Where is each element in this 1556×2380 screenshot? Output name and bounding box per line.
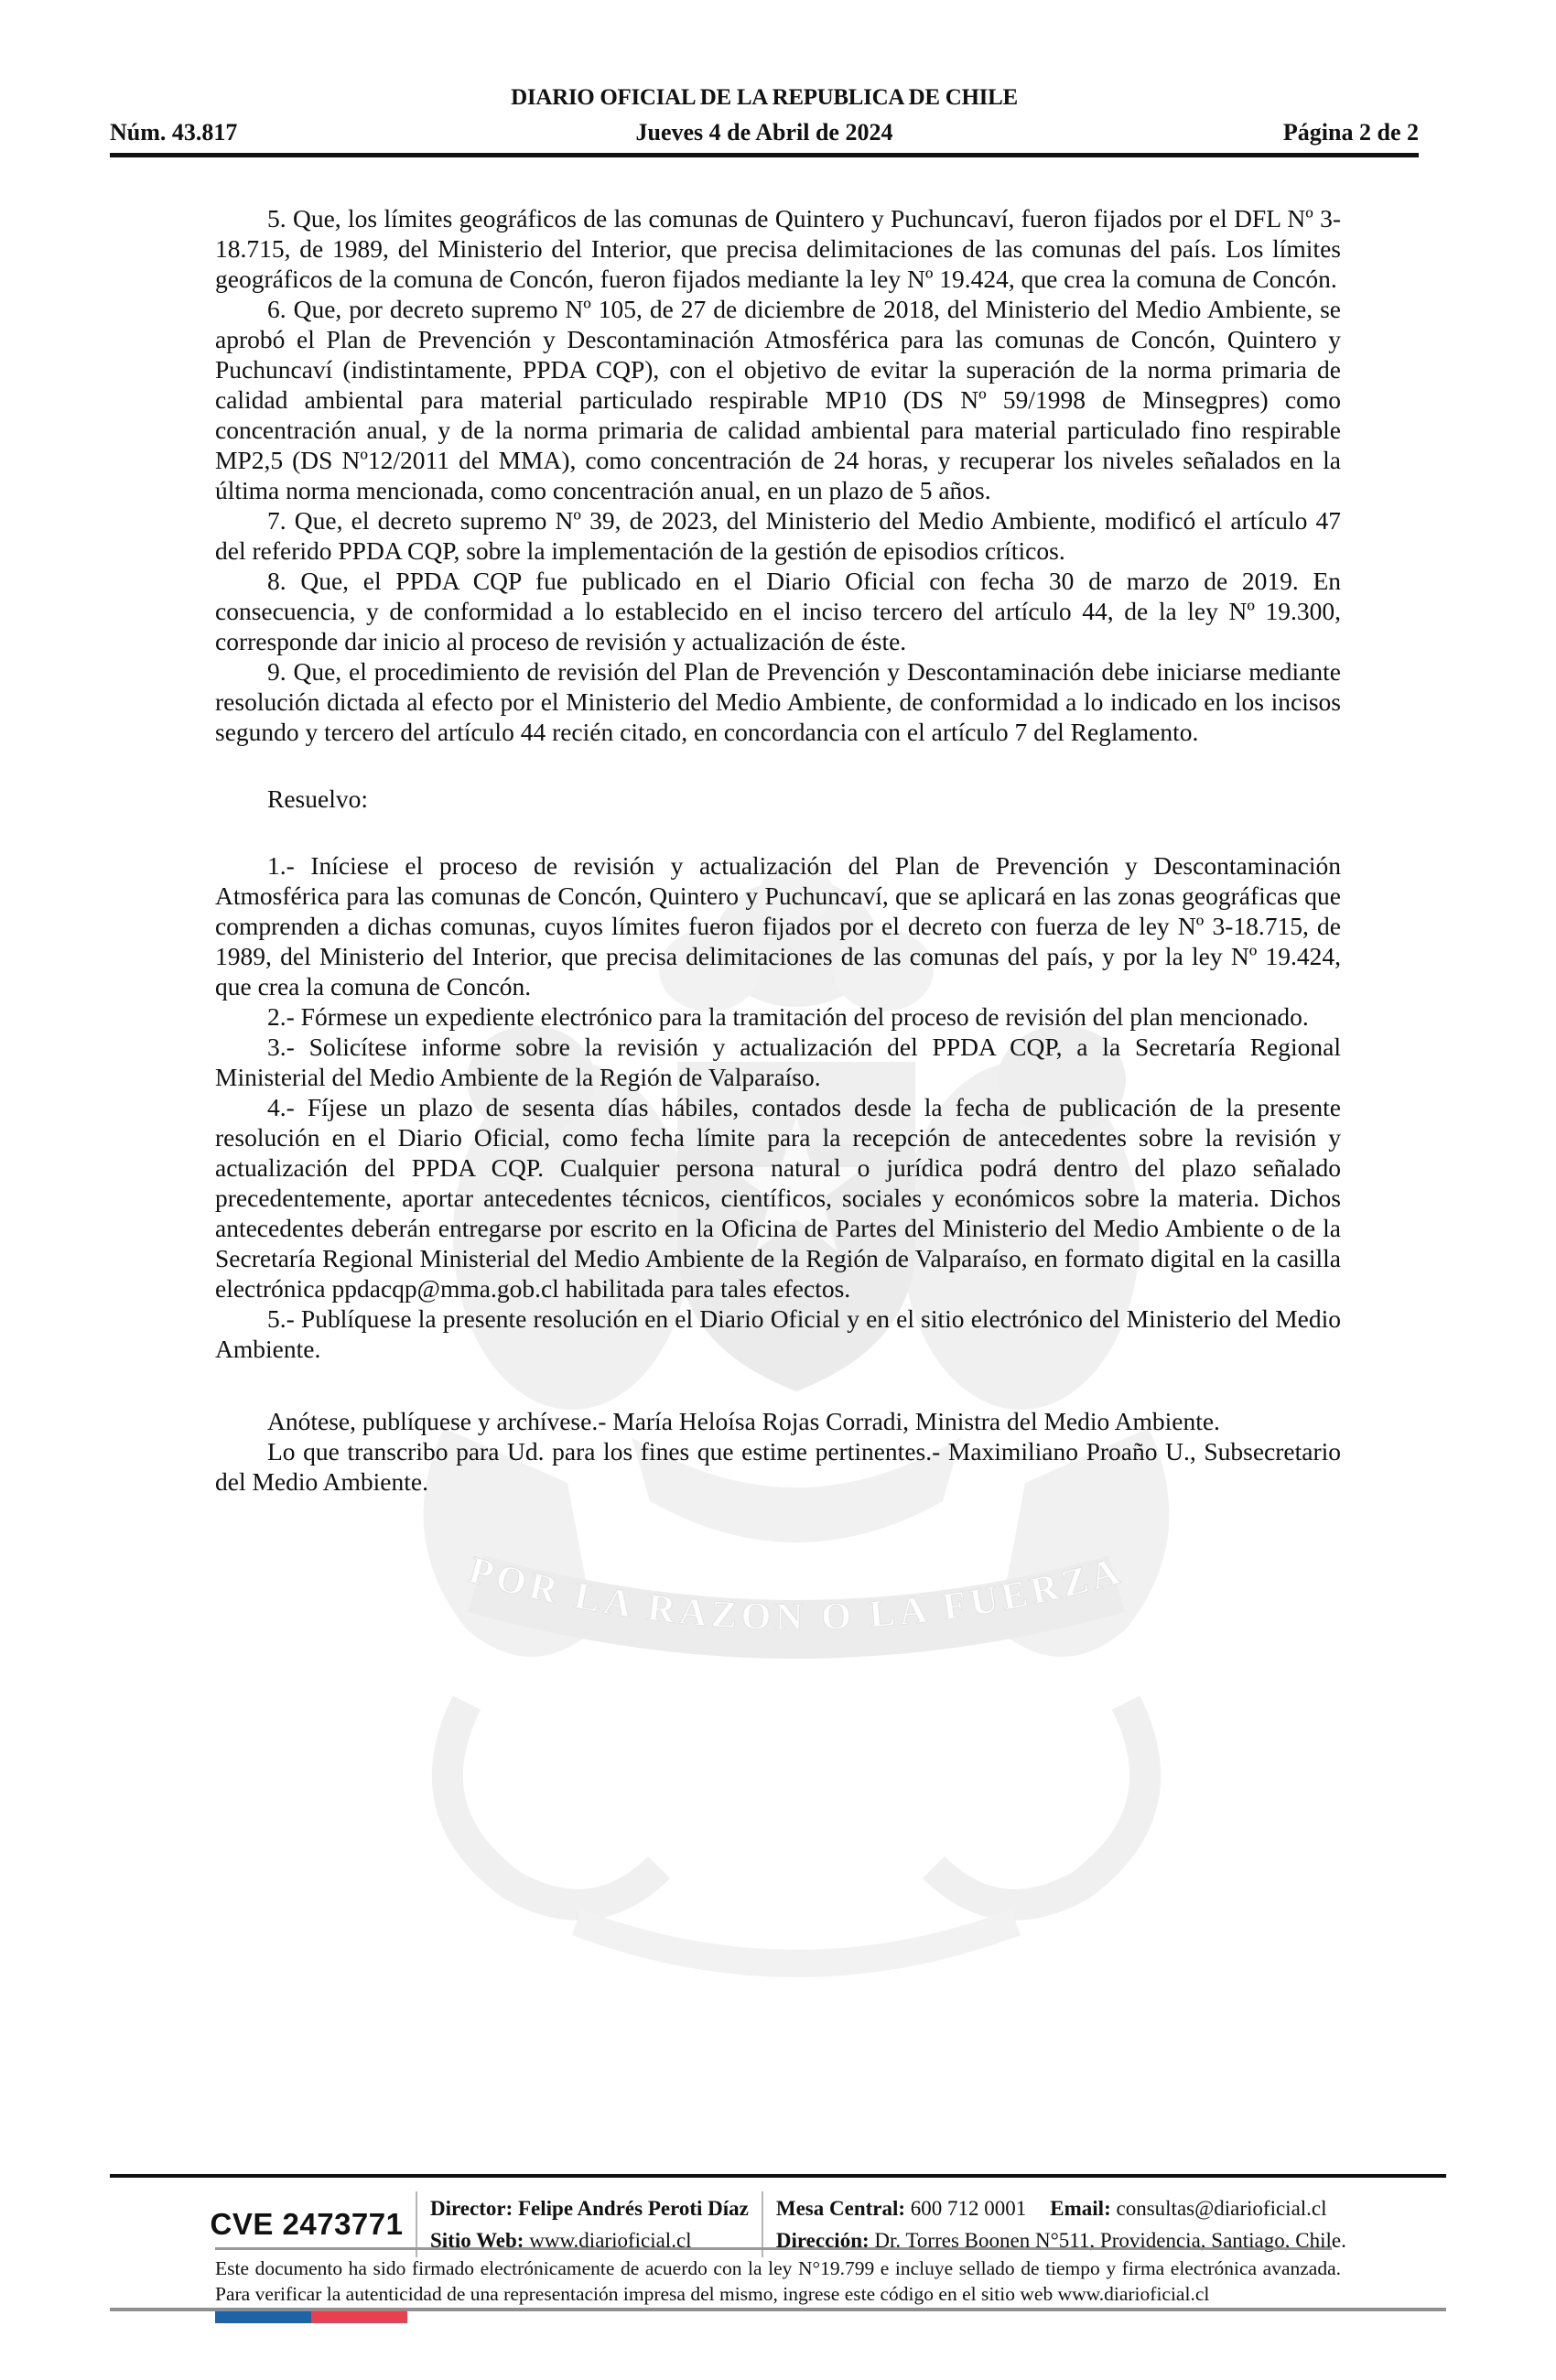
phone-number: 600 712 0001 bbox=[911, 2197, 1027, 2220]
closing-transcription: Lo que transcribo para Ud. para los fine… bbox=[215, 1436, 1341, 1497]
phone-label: Mesa Central: bbox=[776, 2197, 905, 2220]
flag-red bbox=[311, 2311, 407, 2323]
closing-signature: Anótese, publíquese y archívese.- María … bbox=[215, 1406, 1341, 1436]
masthead-title: DIARIO OFICIAL DE LA REPUBLICA DE CHILE bbox=[110, 84, 1419, 112]
director-line: Director: Felipe Andrés Peroti Díaz bbox=[430, 2192, 749, 2224]
watermark-ribbon: POR LA RAZON O LA FUERZA bbox=[464, 1550, 1129, 1639]
legal-notice: Este documento ha sido firmado electróni… bbox=[215, 2256, 1341, 2307]
body-paragraph-6: 6. Que, por decreto supremo Nº 105, de 2… bbox=[215, 294, 1341, 505]
page-header: DIARIO OFICIAL DE LA REPUBLICA DE CHILE … bbox=[110, 84, 1419, 157]
header-meta-row: Núm. 43.817 Jueves 4 de Abril de 2024 Pá… bbox=[110, 117, 1419, 148]
document-page: POR LA RAZON O LA FUERZA DIARIO OFICIAL … bbox=[0, 0, 1556, 2380]
email-label: Email: bbox=[1050, 2197, 1110, 2220]
resolution-item-5: 5.- Publíquese la presente resolución en… bbox=[215, 1304, 1341, 1364]
body-paragraph-9: 9. Que, el procedimiento de revisión del… bbox=[215, 656, 1341, 747]
director-label: Director: bbox=[430, 2197, 513, 2220]
address-line: Dirección: Dr. Torres Boonen N°511, Prov… bbox=[776, 2224, 1346, 2256]
watermark-base-flourish bbox=[448, 1437, 1145, 1963]
body-paragraph-7: 7. Que, el decreto supremo Nº 39, de 202… bbox=[215, 505, 1341, 566]
footer-info-bar: CVE 2473771 Director: Felipe Andrés Pero… bbox=[211, 2188, 1345, 2261]
watermark-motto: POR LA RAZON O LA FUERZA bbox=[464, 1550, 1129, 1639]
government-flag-mark bbox=[215, 2311, 407, 2323]
body-paragraph-5: 5. Que, los límites geográficos de las c… bbox=[215, 203, 1341, 294]
resolution-item-4: 4.- Fíjese un plazo de sesenta días hábi… bbox=[215, 1092, 1341, 1304]
email-address: consultas@diarioficial.cl bbox=[1117, 2197, 1327, 2220]
edition-date: Jueves 4 de Abril de 2024 bbox=[110, 117, 1419, 148]
footer-rule-top bbox=[110, 2174, 1446, 2178]
phone-email-line: Mesa Central: 600 712 0001Email: consult… bbox=[776, 2192, 1346, 2224]
flag-blue bbox=[215, 2311, 311, 2323]
resolution-item-2: 2.- Fórmese un expediente electrónico pa… bbox=[215, 1001, 1341, 1032]
body-paragraph-8: 8. Que, el PPDA CQP fue publicado en el … bbox=[215, 566, 1341, 656]
header-rule bbox=[110, 153, 1419, 157]
resolution-item-1: 1.- Iníciese el proceso de revisión y ac… bbox=[215, 850, 1341, 1001]
director-name: Felipe Andrés Peroti Díaz bbox=[518, 2197, 749, 2220]
website-line: Sitio Web: www.diarioficial.cl bbox=[430, 2224, 749, 2256]
cve-code: CVE 2473771 bbox=[211, 2207, 403, 2242]
resolution-item-3: 3.- Solicítese informe sobre la revisión… bbox=[215, 1032, 1341, 1092]
footer-rule-mid bbox=[215, 2247, 1332, 2250]
resolution-heading: Resuelvo: bbox=[215, 784, 1341, 814]
document-body: 5. Que, los límites geográficos de las c… bbox=[215, 203, 1341, 1497]
